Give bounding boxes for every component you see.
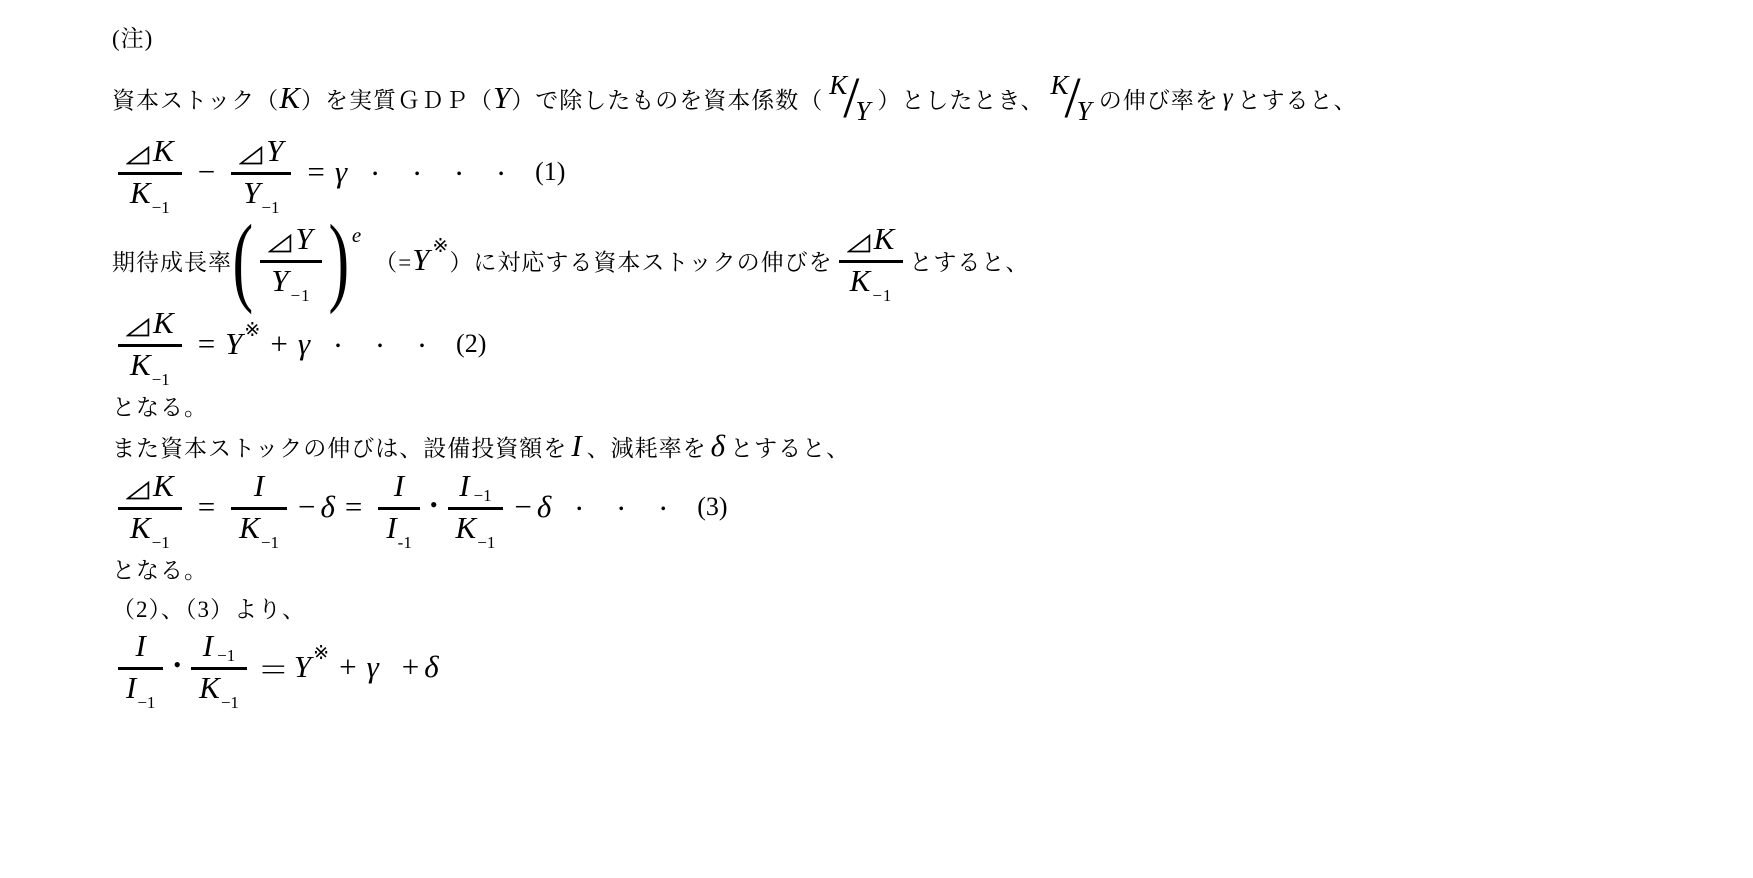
delta-triangle-icon <box>126 481 150 500</box>
superscript-e: e <box>352 223 362 248</box>
fraction-I-over-K: I−1 K−1 <box>191 630 247 704</box>
reference-mark: ※ <box>244 319 260 342</box>
intro-text-1: 資本ストック（ <box>112 82 279 115</box>
minus-operator: − <box>298 489 315 525</box>
fraction-I-over-I: I I−1 <box>118 630 163 704</box>
var-K: K <box>279 80 301 116</box>
tonaru-sentence: となる。 <box>112 389 1753 422</box>
var-delta: δ <box>711 428 726 464</box>
big-paren-open: ( <box>233 215 254 305</box>
tonaru-sentence: となる。 <box>112 552 1753 585</box>
fraction-I-over-I: I I-1 <box>378 470 420 544</box>
var-gamma: γ <box>1223 84 1234 112</box>
from-eq2-eq3-sentence: （2）、（3）より、 <box>112 591 1753 624</box>
minus-operator: − <box>514 489 531 525</box>
dot-leader: ・・・ <box>328 330 454 359</box>
reference-mark: ※ <box>313 642 329 665</box>
capital-coefficient-ratio: K / Y <box>829 83 871 114</box>
var-gamma: γ <box>335 154 347 190</box>
equation-label-1: (1) <box>535 157 565 187</box>
delta-triangle-icon <box>268 234 292 253</box>
equation-2: K K−1 = Y ※ + γ ・・・ (2) <box>112 307 1753 381</box>
fraction-dY-over-Y: Y Y−1 <box>260 223 321 297</box>
dot-leader: ・・・ <box>569 493 695 522</box>
note-heading: (注) <box>112 20 1753 53</box>
equation-3: K K−1 = I K−1 − δ = I I-1 • I−1 K−1 − δ … <box>112 470 1753 544</box>
multiplication-dot: • <box>173 652 181 678</box>
plus-operator: + <box>402 649 419 685</box>
delta-triangle-icon <box>126 146 150 165</box>
plus-operator: + <box>339 649 356 685</box>
var-gamma: γ <box>367 649 379 685</box>
var-Y-star: Y <box>225 326 242 362</box>
equation-label-2: (2) <box>456 329 486 359</box>
multiplication-dot: • <box>430 492 438 518</box>
var-Y-star: Y <box>294 649 311 685</box>
equals-operator: = <box>307 154 324 190</box>
dot-leader: ・・・・ <box>365 158 533 187</box>
mata-text-2: 、減耗率を <box>587 430 707 463</box>
delta-triangle-icon <box>239 146 263 165</box>
intro-text-6: とすると、 <box>1238 82 1358 115</box>
expected-growth-sentence: 期待成長率 ( Y Y−1 ) e （= Y ※ ）に対応する資本ストックの伸び… <box>112 215 1753 305</box>
equation-1: K K−1 − Y Y−1 = γ ・・・・ (1) <box>112 135 1753 209</box>
plus-operator: + <box>270 326 287 362</box>
expect-text-3: ）に対応する資本ストックの伸びを <box>449 244 832 277</box>
var-delta: δ <box>537 489 551 525</box>
note-document: (注) 資本ストック（ K ）を実質ＧＤＰ（ Y ）で除したものを資本係数（ K… <box>0 0 1753 704</box>
var-delta: δ <box>424 649 438 685</box>
note-label: (注) <box>112 20 153 53</box>
delta-triangle-icon <box>126 318 150 337</box>
mata-text-1: また資本ストックの伸びは、設備投資額を <box>112 430 567 463</box>
fraction-I-over-K: I−1 K−1 <box>448 470 504 544</box>
var-Y-star: Y <box>412 242 430 278</box>
intro-text-5: の伸び率を <box>1099 82 1219 115</box>
equation-final: I I−1 • I−1 K−1 ＝ Y ※ + γ + δ <box>112 630 1753 704</box>
fraction-dK-over-K: K K−1 <box>118 135 182 209</box>
intro-text-4: ）としたとき、 <box>877 82 1044 115</box>
fraction-dY-over-Y: Y Y−1 <box>231 135 291 209</box>
intro-text-3: ）で除したものを資本係数（ <box>511 82 823 115</box>
capital-coefficient-ratio: K / Y <box>1051 83 1093 114</box>
mata-sentence: また資本ストックの伸びは、設備投資額を I 、減耗率を δ とすると、 <box>112 428 1753 464</box>
fraction-I-over-K: I K−1 <box>231 470 287 544</box>
fraction-dK-over-K: K K−1 <box>839 223 904 297</box>
intro-text-2: ）を実質ＧＤＰ（ <box>301 82 493 115</box>
equation-label-3: (3) <box>697 492 727 522</box>
var-gamma: γ <box>298 326 310 362</box>
equals-operator: = <box>198 326 215 362</box>
expect-text-1: 期待成長率 <box>112 244 232 277</box>
fraction-dK-over-K: K K−1 <box>118 470 182 544</box>
intro-sentence: 資本ストック（ K ）を実質ＧＤＰ（ Y ）で除したものを資本係数（ K / Y… <box>112 69 1753 127</box>
equals-operator: = <box>198 489 215 525</box>
delta-triangle-icon <box>847 234 871 253</box>
equals-operator: = <box>345 489 362 525</box>
expect-text-2: （= <box>374 244 412 277</box>
reference-mark: ※ <box>432 235 449 258</box>
mata-text-3: とすると、 <box>730 430 850 463</box>
equals-operator: ＝ <box>258 645 289 690</box>
fraction-dK-over-K: K K−1 <box>118 307 182 381</box>
expect-text-4: とすると、 <box>909 244 1029 277</box>
var-Y: Y <box>493 80 511 116</box>
var-I: I <box>571 428 582 464</box>
var-delta: δ <box>320 489 334 525</box>
minus-operator: − <box>198 154 215 190</box>
big-paren-close: ) <box>328 215 349 305</box>
